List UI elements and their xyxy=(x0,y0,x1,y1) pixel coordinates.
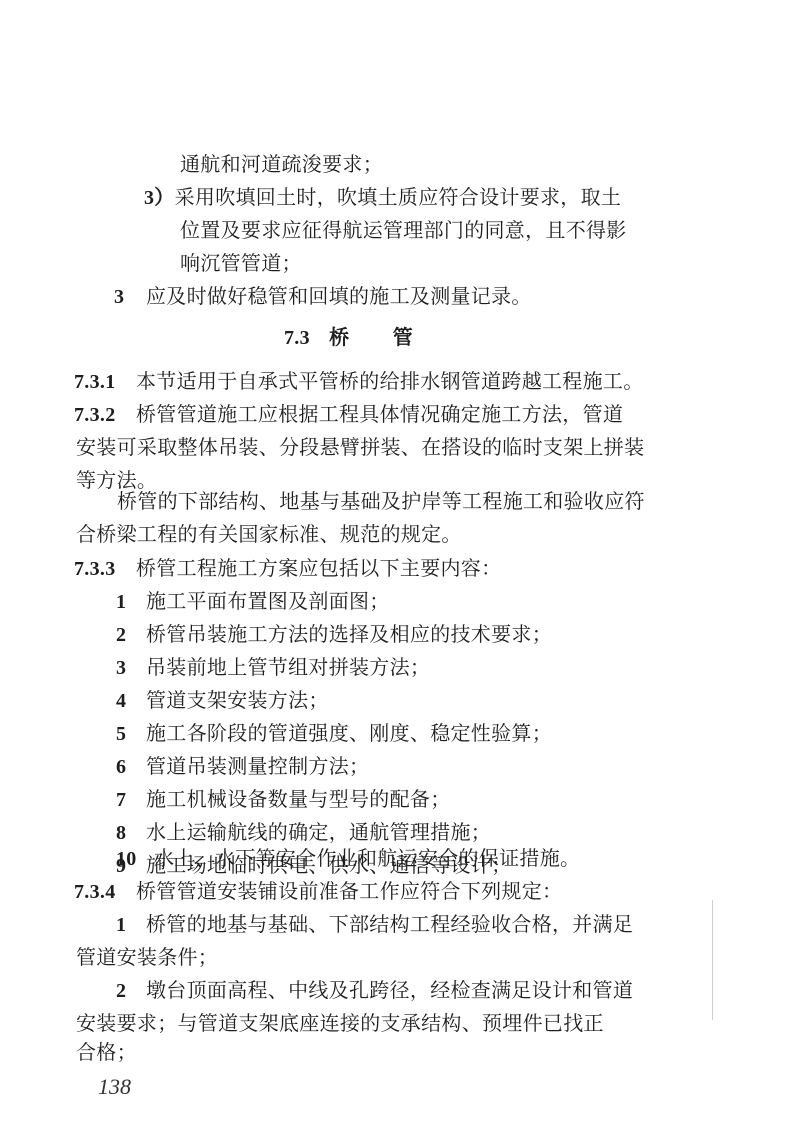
clause-7-3-1: 7.3.1本节适用于自承式平管桥的给排水钢管道跨越工程施工。 xyxy=(74,369,644,394)
list-item: 5施工各阶段的管道强度、刚度、稳定性验算； xyxy=(116,721,552,746)
clause-number: 7.3.4 xyxy=(74,880,136,904)
section-title-b: 管 xyxy=(393,325,413,349)
scan-edge-mark xyxy=(712,900,713,1020)
list-item: 3吊装前地上管节组对拼装方法； xyxy=(116,655,430,680)
item-text: 管道吊装测量控制方法； xyxy=(146,754,369,778)
section-number: 7.3 xyxy=(284,327,310,349)
item-number: 2 xyxy=(116,979,146,1003)
item-text: 水上运输航线的确定，通航管理措施； xyxy=(146,820,491,844)
section-title-a: 桥 xyxy=(329,325,349,349)
paragraph-line: 桥管的下部结构、地基与基础及护岸等工程施工和验收应符 xyxy=(117,489,645,513)
item-number: 5 xyxy=(116,722,146,746)
list-item-3-sub: 3）采用吹填回土时，吹填土质应符合设计要求，取土 xyxy=(144,185,621,210)
item-text: 采用吹填回土时，吹填土质应符合设计要求，取土 xyxy=(175,185,622,209)
list-item: 1施工平面布置图及剖面图； xyxy=(116,589,390,614)
item-number: 1 xyxy=(116,913,146,937)
paragraph-line: 合桥梁工程的有关国家标准、规范的规定。 xyxy=(76,522,462,546)
list-item: 8水上运输航线的确定，通航管理措施； xyxy=(116,820,491,845)
list-item: 2桥管吊装施工方法的选择及相应的技术要求； xyxy=(116,622,552,647)
clause-7-3-4: 7.3.4桥管管道安装铺设前准备工作应符合下列规定： xyxy=(74,879,562,904)
item-number: 4 xyxy=(116,689,146,713)
item-text: 水上、水下等安全作业和航运安全的保证措施。 xyxy=(154,846,580,870)
list-item: 1桥管的地基与基础、下部结构工程经验收合格，并满足 xyxy=(116,912,633,937)
list-item-3: 3应及时做好稳管和回填的施工及测量记录。 xyxy=(114,284,532,309)
clause-7-3-2: 7.3.2桥管管道施工应根据工程具体情况确定施工方法，管道 xyxy=(74,402,623,427)
item-number: 1 xyxy=(116,590,146,614)
item-text: 吊装前地上管节组对拼装方法； xyxy=(146,655,430,679)
item-text: 墩台顶面高程、中线及孔跨径，经检查满足设计和管道 xyxy=(146,978,633,1002)
clause-text: 桥管工程施工方案应包括以下主要内容： xyxy=(136,556,501,580)
item-text: 施工平面布置图及剖面图； xyxy=(146,589,390,613)
item-text: 桥管吊装施工方法的选择及相应的技术要求； xyxy=(146,622,552,646)
item-number: 6 xyxy=(116,755,146,779)
item-text: 管道支架安装方法； xyxy=(146,688,329,712)
clause-text: 本节适用于自承式平管桥的给排水钢管道跨越工程施工。 xyxy=(136,369,644,393)
list-item: 2墩台顶面高程、中线及孔跨径，经检查满足设计和管道 xyxy=(116,978,633,1003)
text-line: 通航和河道疏浚要求； xyxy=(180,152,383,176)
section-heading: 7.3 桥 管 xyxy=(284,325,413,350)
item-number: 7 xyxy=(116,788,146,812)
list-item: 7施工机械设备数量与型号的配备； xyxy=(116,787,451,812)
text-line: 合格； xyxy=(76,1040,137,1064)
list-item: 10水上、水下等安全作业和航运安全的保证措施。 xyxy=(116,846,580,871)
clause-number: 7.3.1 xyxy=(74,370,136,394)
text-line: 安装要求；与管道支架底座连接的支承结构、预埋件已找正 xyxy=(76,1011,604,1035)
list-item: 6管道吊装测量控制方法； xyxy=(116,754,369,779)
clause-7-3-3: 7.3.3桥管工程施工方案应包括以下主要内容： xyxy=(74,556,501,581)
item-number: 3 xyxy=(114,285,146,309)
item-number: 8 xyxy=(116,821,146,845)
clause-text: 桥管管道安装铺设前准备工作应符合下列规定： xyxy=(136,879,562,903)
clause-number: 7.3.3 xyxy=(74,557,136,581)
item-text: 施工机械设备数量与型号的配备； xyxy=(146,787,451,811)
text-line: 位置及要求应征得航运管理部门的同意，且不得影 xyxy=(180,218,627,242)
item-number: 3） xyxy=(144,187,175,209)
page-number: 138 xyxy=(98,1074,131,1100)
list-item: 4管道支架安装方法； xyxy=(116,688,329,713)
item-text: 应及时做好稳管和回填的施工及测量记录。 xyxy=(146,284,532,308)
item-number: 10 xyxy=(116,847,154,871)
text-line: 安装可采取整体吊装、分段悬臂拼装、在搭设的临时支架上拼装 xyxy=(76,435,644,459)
clause-number: 7.3.2 xyxy=(74,403,136,427)
item-text: 施工各阶段的管道强度、刚度、稳定性验算； xyxy=(146,721,552,745)
text-line: 管道安装条件； xyxy=(76,945,218,969)
item-number: 2 xyxy=(116,623,146,647)
clause-text: 桥管管道施工应根据工程具体情况确定施工方法，管道 xyxy=(136,402,623,426)
item-text: 桥管的地基与基础、下部结构工程经验收合格，并满足 xyxy=(146,912,633,936)
item-number: 3 xyxy=(116,656,146,680)
text-line: 响沉管管道； xyxy=(180,251,302,275)
